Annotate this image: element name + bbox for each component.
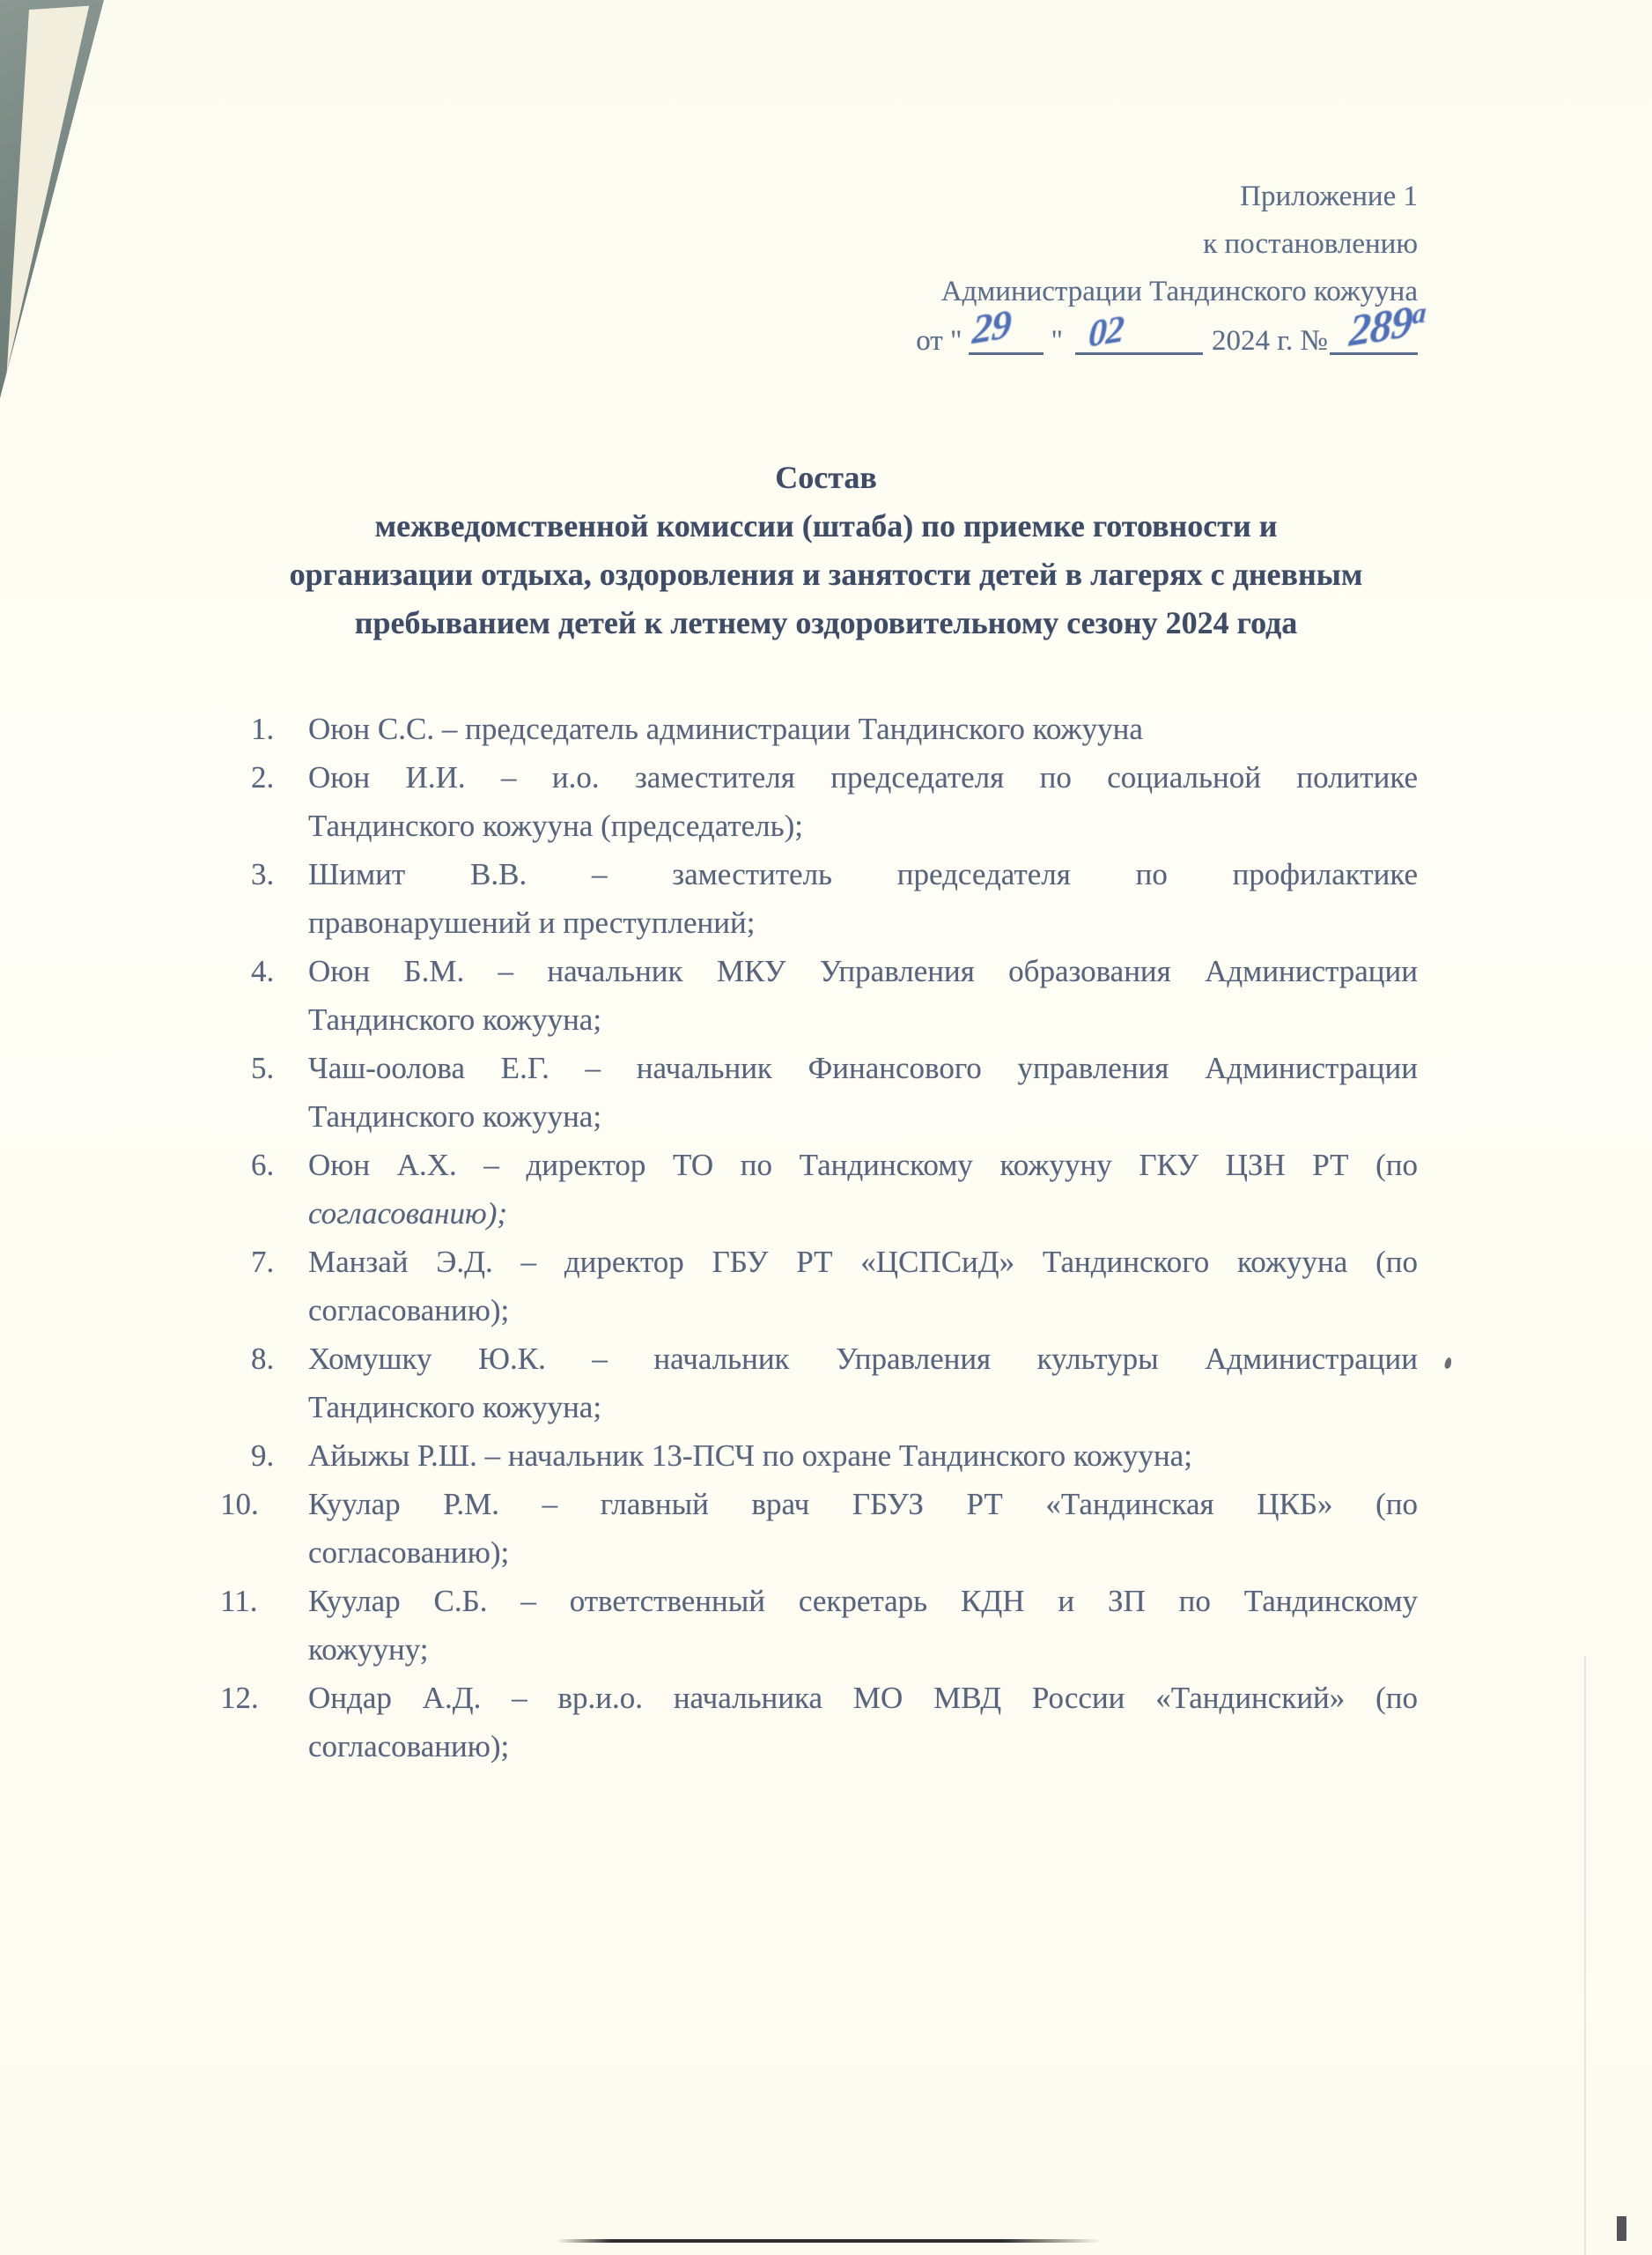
scan-streak-artifact xyxy=(1584,1656,1586,2255)
list-item-line: 11.Куулар С.Б. – ответственный секретарь… xyxy=(220,1577,1418,1625)
list-item-text: Оюн Б.М. – начальник МКУ Управления обра… xyxy=(308,954,1418,988)
list-item-continuation-line: Тандинского кожууна (председатель); xyxy=(220,802,1418,850)
list-item-number: 12. xyxy=(220,1674,308,1722)
list-item-continuation-line: согласованию); xyxy=(220,1286,1418,1335)
list-item-text: Куулар С.Б. – ответственный секретарь КД… xyxy=(308,1584,1418,1618)
title-line: пребыванием детей к летнему оздоровитель… xyxy=(106,599,1546,647)
list-item-continuation-line: Тандинского кожууна; xyxy=(220,995,1418,1044)
list-item-number: 9. xyxy=(220,1431,308,1480)
year-and-number-label: 2024 г. № xyxy=(1212,325,1328,357)
list-item-line: 6.Оюн А.Х. – директор ТО по Тандинскому … xyxy=(220,1141,1418,1189)
appendix-header: Приложение 1 к постановлению Администрац… xyxy=(916,173,1418,365)
bottom-scan-line-artifact xyxy=(557,2239,1101,2243)
list-item-line: 4.Оюн Б.М. – начальник МКУ Управления об… xyxy=(220,947,1418,995)
resolution-label: к постановлению xyxy=(916,220,1418,268)
handwritten-document-number: 289а xyxy=(1348,288,1427,356)
list-item-line: 10.Куулар Р.М. – главный врач ГБУЗ РТ «Т… xyxy=(220,1480,1418,1528)
list-item-text: Айыжы Р.Ш. – начальник 13-ПСЧ по охране … xyxy=(308,1438,1192,1473)
list-item-line: 12.Ондар А.Д. – вр.и.о. начальника МО МВ… xyxy=(220,1674,1418,1722)
list-item-text: Оюн И.И. – и.о. заместителя председателя… xyxy=(308,760,1418,795)
list-item-number: 3. xyxy=(220,850,308,898)
list-item-number: 8. xyxy=(220,1335,308,1383)
list-item-continuation-line: кожууну; xyxy=(220,1625,1418,1674)
day-blank-underline xyxy=(969,352,1044,355)
list-item-line: 9.Айыжы Р.Ш. – начальник 13-ПСЧ по охран… xyxy=(220,1431,1418,1480)
list-item-text: Оюн С.С. – председатель администрации Та… xyxy=(308,712,1143,746)
list-item-text: Хомушку Ю.К. – начальник Управления куль… xyxy=(308,1342,1418,1376)
list-item-number: 10. xyxy=(220,1480,308,1528)
list-item-number: 6. xyxy=(220,1141,308,1189)
title-line: Состав xyxy=(106,454,1546,502)
list-item-number: 5. xyxy=(220,1044,308,1092)
number-blank-underline xyxy=(1330,352,1418,355)
scan-speck-artifact xyxy=(1444,1357,1453,1369)
list-item-text: Куулар Р.М. – главный врач ГБУЗ РТ «Танд… xyxy=(308,1487,1418,1521)
handwritten-month: 02 xyxy=(1088,305,1125,359)
list-item-continuation-line: Тандинского кожууна; xyxy=(220,1092,1418,1141)
list-item-number: 4. xyxy=(220,947,308,995)
date-number-line: от ""2024 г. № 29 02 289а xyxy=(916,317,1418,365)
list-item-text: Ондар А.Д. – вр.и.о. начальника МО МВД Р… xyxy=(308,1681,1418,1715)
list-item-line: 3.Шимит В.В. – заместитель председателя … xyxy=(220,850,1418,898)
list-item-line: 1.Оюн С.С. – председатель администрации … xyxy=(220,705,1418,753)
date-prefix: от " xyxy=(916,325,962,357)
document-page: Приложение 1 к постановлению Администрац… xyxy=(0,0,1652,2255)
list-item-number: 2. xyxy=(220,753,308,802)
handwritten-number-suffix: а xyxy=(1412,296,1427,330)
commission-list: 1.Оюн С.С. – председатель администрации … xyxy=(220,705,1418,1771)
appendix-label: Приложение 1 xyxy=(916,173,1418,220)
list-item-number: 7. xyxy=(220,1238,308,1286)
list-item-text: Манзай Э.Д. – директор ГБУ РТ «ЦСПСиД» Т… xyxy=(308,1245,1418,1279)
list-item-line: 2.Оюн И.И. – и.о. заместителя председате… xyxy=(220,753,1418,802)
list-item-continuation-line: согласованию); xyxy=(220,1722,1418,1771)
list-item-text: Чаш-оолова Е.Г. – начальник Финансового … xyxy=(308,1051,1418,1085)
title-line: межведомственной комиссии (штаба) по при… xyxy=(106,502,1546,551)
list-item-text: Шимит В.В. – заместитель председателя по… xyxy=(308,857,1418,891)
handwritten-day: 29 xyxy=(971,299,1012,354)
list-item-line: 7.Манзай Э.Д. – директор ГБУ РТ «ЦСПСиД»… xyxy=(220,1238,1418,1286)
document-title: Состав межведомственной комиссии (штаба)… xyxy=(106,454,1546,647)
title-line: организации отдыха, оздоровления и занят… xyxy=(106,551,1546,599)
list-item-continuation-line: правонарушений и преступлений; xyxy=(220,898,1418,947)
list-item-text: Оюн А.Х. – директор ТО по Тандинскому ко… xyxy=(308,1148,1418,1182)
bottom-right-scan-mark xyxy=(1617,2216,1626,2241)
list-item-number: 1. xyxy=(220,705,308,753)
date-close-quote: " xyxy=(1051,325,1062,357)
list-item-line: 8.Хомушку Ю.К. – начальник Управления ку… xyxy=(220,1335,1418,1383)
list-item-number: 11. xyxy=(220,1577,308,1625)
list-item-continuation-line: согласованию); xyxy=(220,1189,1418,1238)
list-item-continuation-line: согласованию); xyxy=(220,1528,1418,1577)
list-item-line: 5.Чаш-оолова Е.Г. – начальник Финансовог… xyxy=(220,1044,1418,1092)
list-item-continuation-line: Тандинского кожууна; xyxy=(220,1383,1418,1431)
